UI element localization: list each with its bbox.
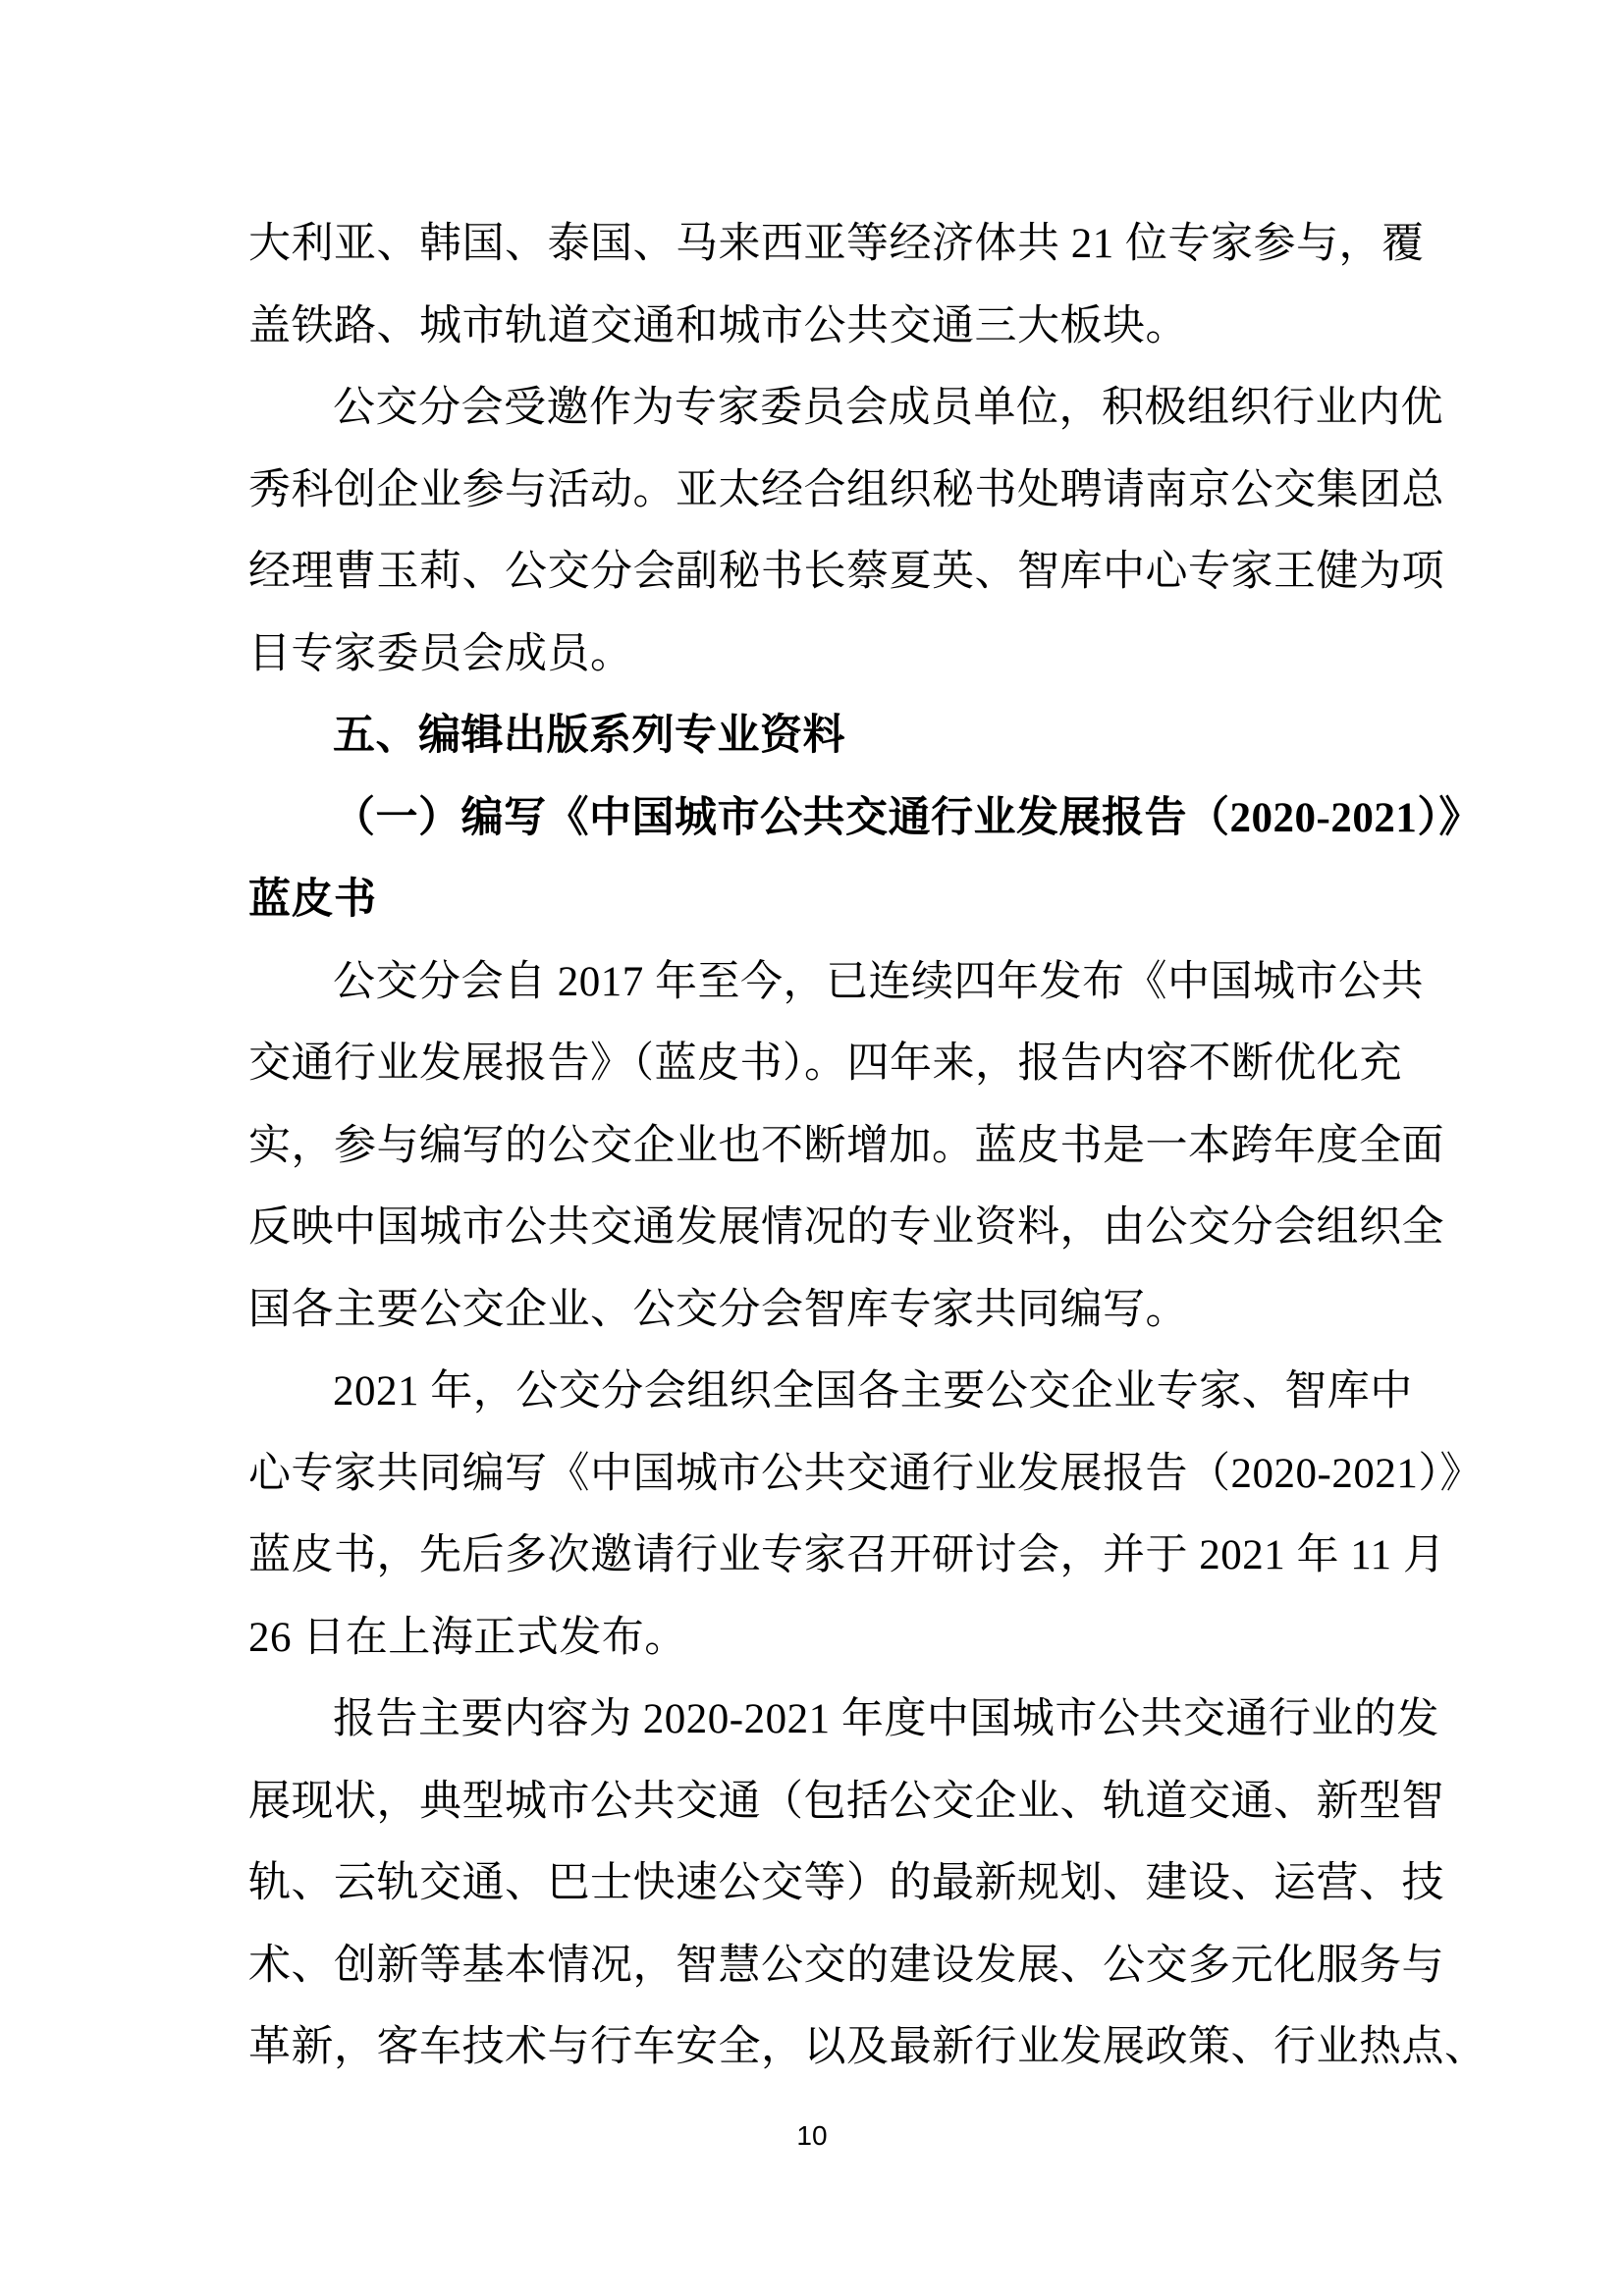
- heading-line: 蓝皮书: [248, 859, 1378, 941]
- text-line: 交通行业发展报告》（蓝皮书）。四年来，报告内容不断优化充: [248, 1023, 1378, 1105]
- text-line: 盖铁路、城市轨道交通和城市公共交通三大板块。: [248, 286, 1378, 368]
- text-line: 蓝皮书，先后多次邀请行业专家召开研讨会，并于 2021 年 11 月: [248, 1515, 1378, 1597]
- page-number: 10: [796, 2120, 827, 2151]
- heading-line: 五、编辑出版系列专业资料: [248, 695, 1378, 777]
- text-line: 2021 年，公交分会组织全国各主要公交企业专家、智库中: [248, 1351, 1378, 1433]
- text-line: 秀科创企业参与活动。亚太经合组织秘书处聘请南京公交集团总: [248, 450, 1378, 532]
- text-line: 公交分会受邀作为专家委员会成员单位，积极组织行业内优: [248, 367, 1378, 450]
- text-line: 经理曹玉莉、公交分会副秘书长蔡夏英、智库中心专家王健为项: [248, 531, 1378, 614]
- text-line: 革新，客车技术与行车安全，以及最新行业发展政策、行业热点、: [248, 2006, 1378, 2089]
- text-line: 心专家共同编写《中国城市公共交通行业发展报告（2020-2021）》: [248, 1433, 1378, 1516]
- text-line: 目专家委员会成员。: [248, 614, 1378, 696]
- heading-line: （一）编写《中国城市公共交通行业发展报告（2020-2021）》: [248, 777, 1378, 860]
- text-line: 反映中国城市公共交通发展情况的专业资料，由公交分会组织全: [248, 1187, 1378, 1269]
- text-line: 大利亚、韩国、泰国、马来西亚等经济体共 21 位专家参与，覆: [248, 203, 1378, 286]
- text-line: 国各主要公交企业、公交分会智库专家共同编写。: [248, 1269, 1378, 1352]
- text-line: 报告主要内容为 2020-2021 年度中国城市公共交通行业的发: [248, 1679, 1378, 1761]
- page-footer: 10: [0, 2120, 1624, 2152]
- text-line: 展现状，典型城市公共交通（包括公交企业、轨道交通、新型智: [248, 1761, 1378, 1843]
- document-page: 大利亚、韩国、泰国、马来西亚等经济体共 21 位专家参与，覆盖铁路、城市轨道交通…: [0, 0, 1624, 2296]
- text-line: 26 日在上海正式发布。: [248, 1597, 1378, 1680]
- text-line: 术、创新等基本情况，智慧公交的建设发展、公交多元化服务与: [248, 1925, 1378, 2007]
- document-body: 大利亚、韩国、泰国、马来西亚等经济体共 21 位专家参与，覆盖铁路、城市轨道交通…: [248, 203, 1378, 2089]
- text-line: 轨、云轨交通、巴士快速公交等）的最新规划、建设、运营、技: [248, 1842, 1378, 1925]
- text-line: 实，参与编写的公交企业也不断增加。蓝皮书是一本跨年度全面: [248, 1105, 1378, 1188]
- text-line: 公交分会自 2017 年至今，已连续四年发布《中国城市公共: [248, 941, 1378, 1024]
